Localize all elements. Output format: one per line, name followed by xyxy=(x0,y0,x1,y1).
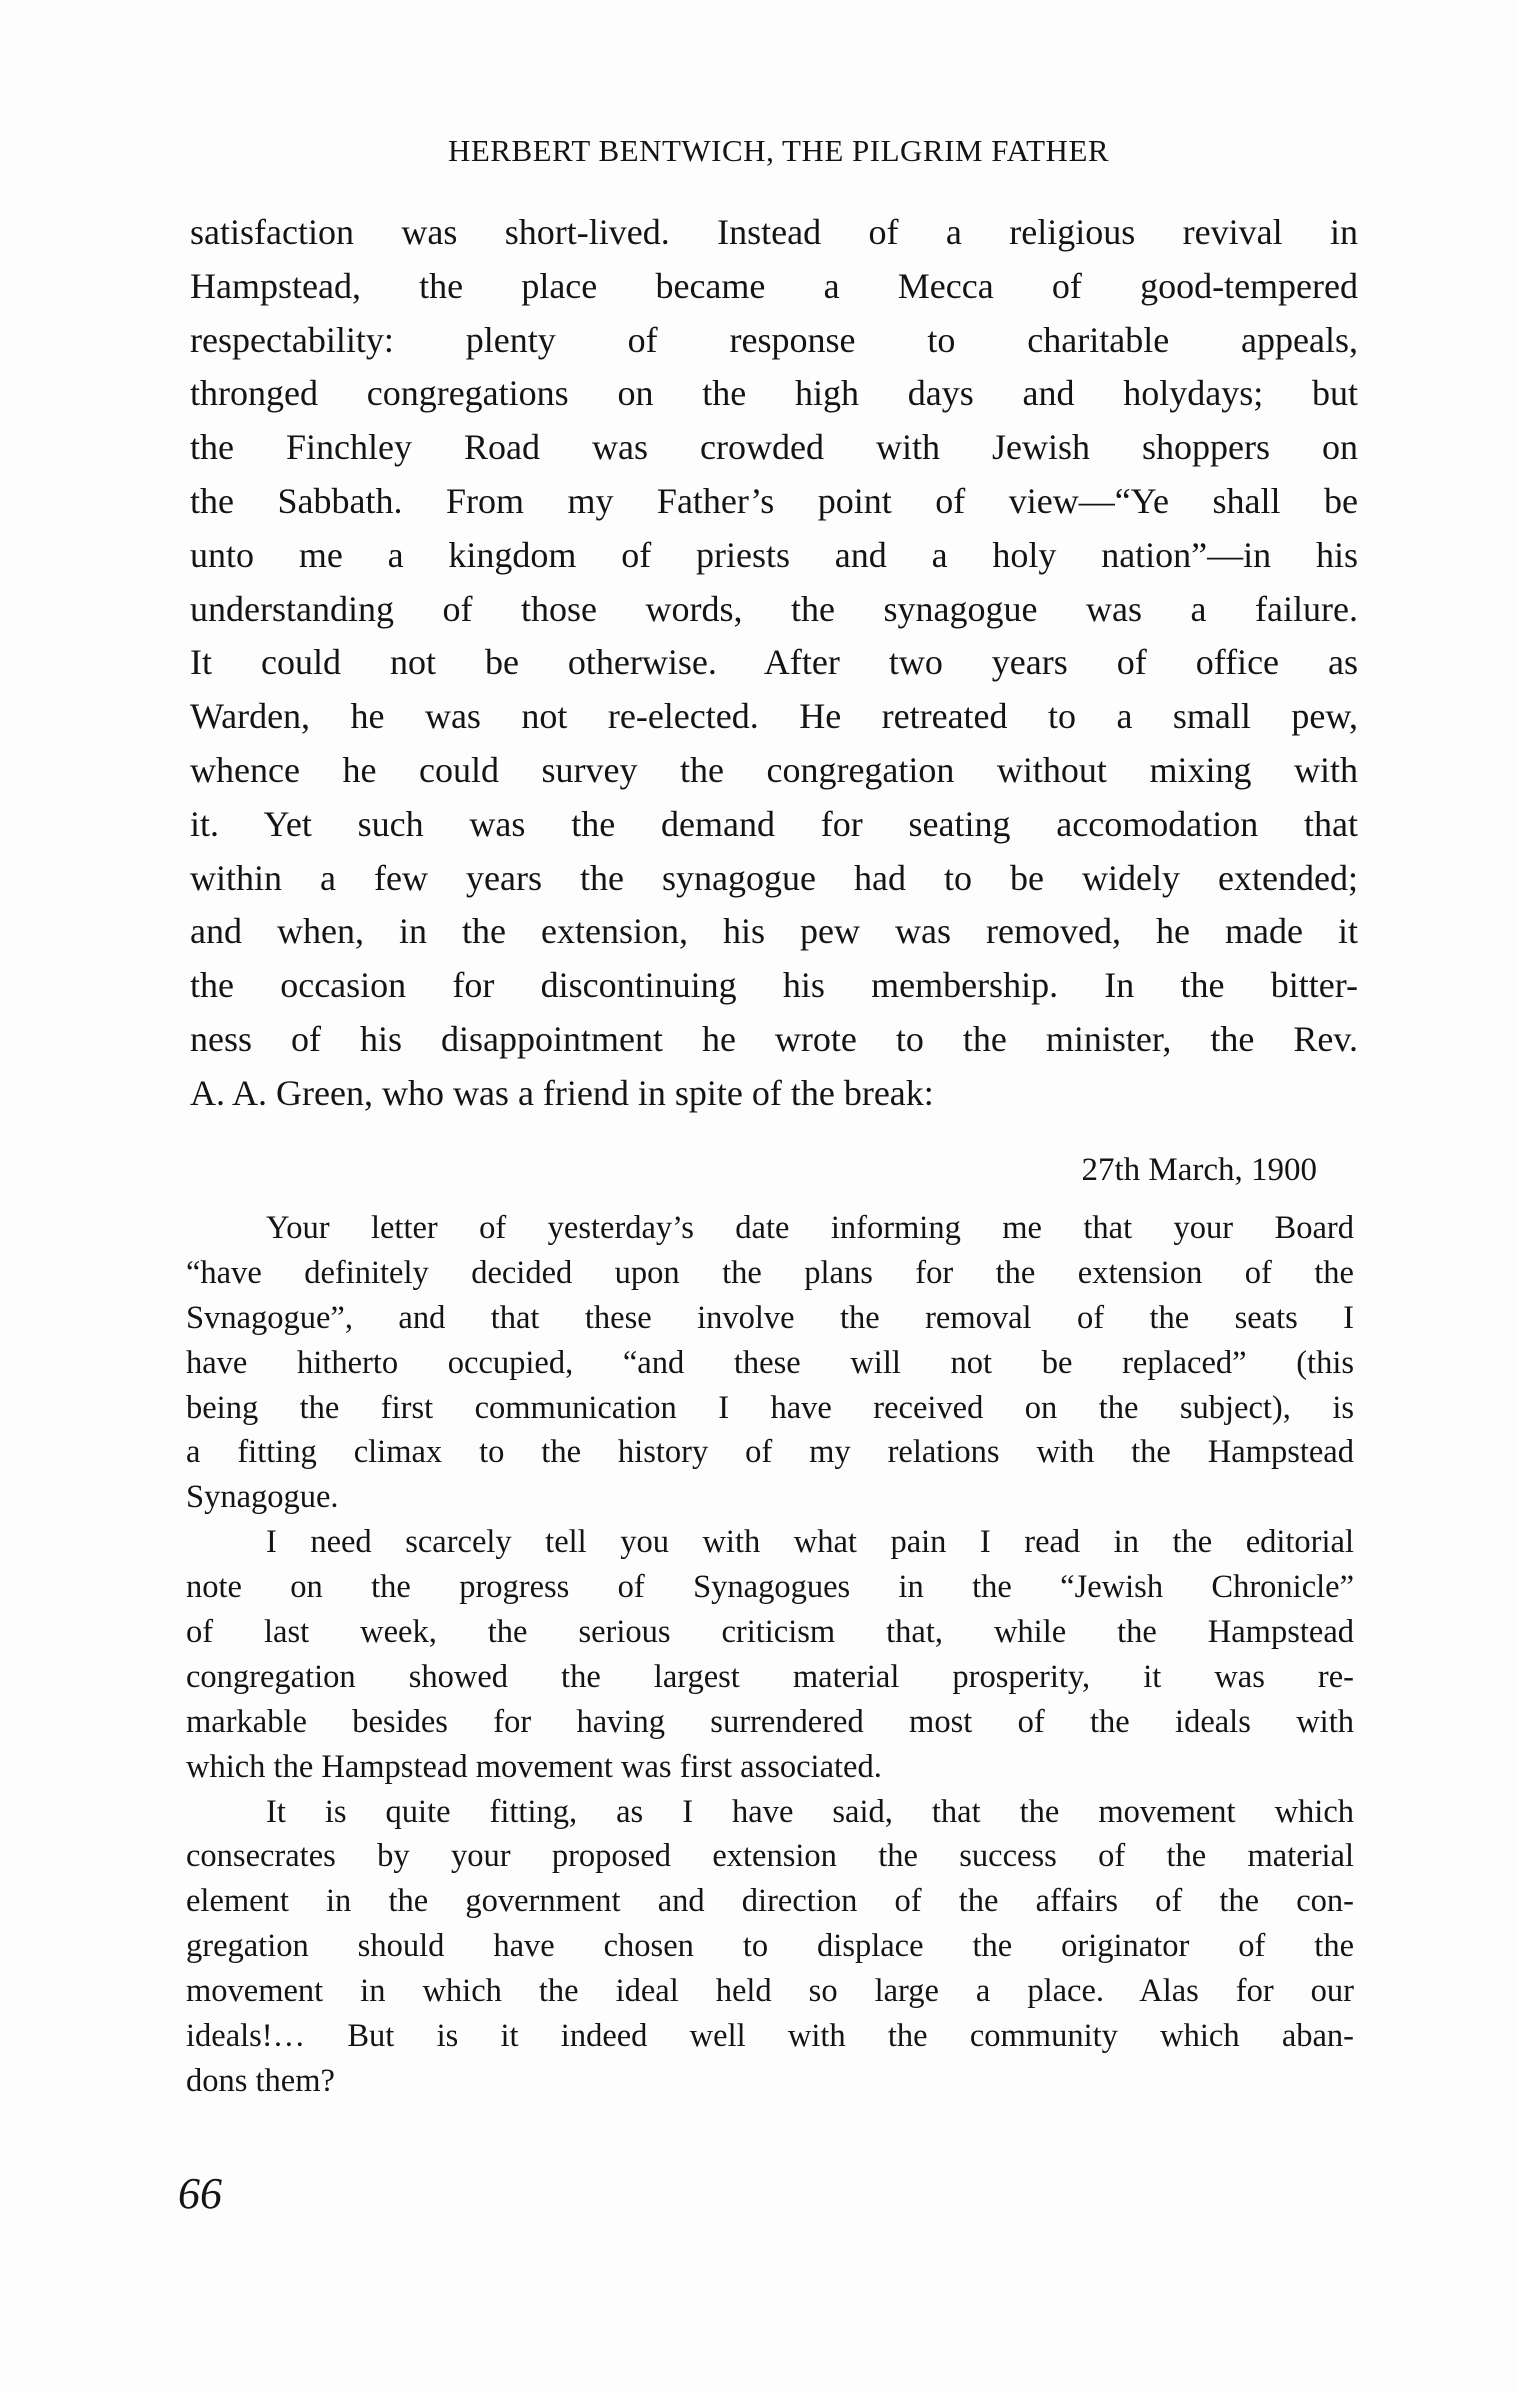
text-line: understanding of those words, the synago… xyxy=(190,583,1358,637)
text-line: unto me a kingdom of priests and a holy … xyxy=(190,529,1358,583)
text-line: and when, in the extension, his pew was … xyxy=(190,905,1358,959)
text-line: the Sabbath. From my Father’s point of v… xyxy=(190,475,1358,529)
letter-line: “have definitely decided upon the plans … xyxy=(186,1251,1354,1296)
letter-paragraph-1: Your letter of yesterday’s date informin… xyxy=(186,1206,1354,1520)
text-line: It could not be otherwise. After two yea… xyxy=(190,636,1358,690)
letter-line: movement in which the ideal held so larg… xyxy=(186,1969,1354,2014)
letter-line: dons them? xyxy=(186,2059,1354,2104)
letter-line: ideals!… But is it indeed well with the … xyxy=(186,2014,1354,2059)
text-line: the occasion for discontinuing his membe… xyxy=(190,959,1358,1013)
letter-line: a fitting climax to the history of my re… xyxy=(186,1430,1354,1475)
text-line: thronged congregations on the high days … xyxy=(190,367,1358,421)
letter-line: gregation should have chosen to displace… xyxy=(186,1924,1354,1969)
text-line: A. A. Green, who was a friend in spite o… xyxy=(190,1067,1358,1121)
text-line: whence he could survey the congregation … xyxy=(190,744,1358,798)
text-line: ness of his disappointment he wrote to t… xyxy=(190,1013,1358,1067)
letter-date: 27th March, 1900 xyxy=(1081,1148,1317,1192)
letter-line: Synagogue. xyxy=(186,1475,1354,1520)
letter-quotation: Your letter of yesterday’s date informin… xyxy=(186,1206,1354,2104)
text-line: Hampstead, the place became a Mecca of g… xyxy=(190,260,1358,314)
book-page: HERBERT BENTWICH, THE PILGRIM FATHER sat… xyxy=(0,0,1517,2391)
letter-line: of last week, the serious criticism that… xyxy=(186,1610,1354,1655)
page-number: 66 xyxy=(178,2168,222,2219)
letter-line: Your letter of yesterday’s date informin… xyxy=(186,1206,1354,1251)
letter-line: markable besides for having surrendered … xyxy=(186,1700,1354,1745)
letter-line: have hitherto occupied, “and these will … xyxy=(186,1341,1354,1386)
text-line: within a few years the synagogue had to … xyxy=(190,852,1358,906)
letter-paragraph-2: I need scarcely tell you with what pain … xyxy=(186,1520,1354,1789)
letter-line: element in the government and direction … xyxy=(186,1879,1354,1924)
text-line: satisfaction was short-lived. Instead of… xyxy=(190,206,1358,260)
letter-paragraph-3: It is quite fitting, as I have said, tha… xyxy=(186,1790,1354,2104)
letter-line: consecrates by your proposed extension t… xyxy=(186,1834,1354,1879)
text-line: Warden, he was not re-elected. He retrea… xyxy=(190,690,1358,744)
letter-line: note on the progress of Synagogues in th… xyxy=(186,1565,1354,1610)
letter-line: Svnagogue”, and that these involve the r… xyxy=(186,1296,1354,1341)
letter-line: which the Hampstead movement was first a… xyxy=(186,1745,1354,1790)
letter-line: congregation showed the largest material… xyxy=(186,1655,1354,1700)
letter-line: I need scarcely tell you with what pain … xyxy=(186,1520,1354,1565)
letter-line: It is quite fitting, as I have said, tha… xyxy=(186,1790,1354,1835)
narrative-paragraph: satisfaction was short-lived. Instead of… xyxy=(190,206,1358,1121)
text-line: it. Yet such was the demand for seating … xyxy=(190,798,1358,852)
running-head: HERBERT BENTWICH, THE PILGRIM FATHER xyxy=(0,133,1517,169)
text-line: the Finchley Road was crowded with Jewis… xyxy=(190,421,1358,475)
letter-line: being the first communication I have rec… xyxy=(186,1386,1354,1431)
text-line: respectability: plenty of response to ch… xyxy=(190,314,1358,368)
